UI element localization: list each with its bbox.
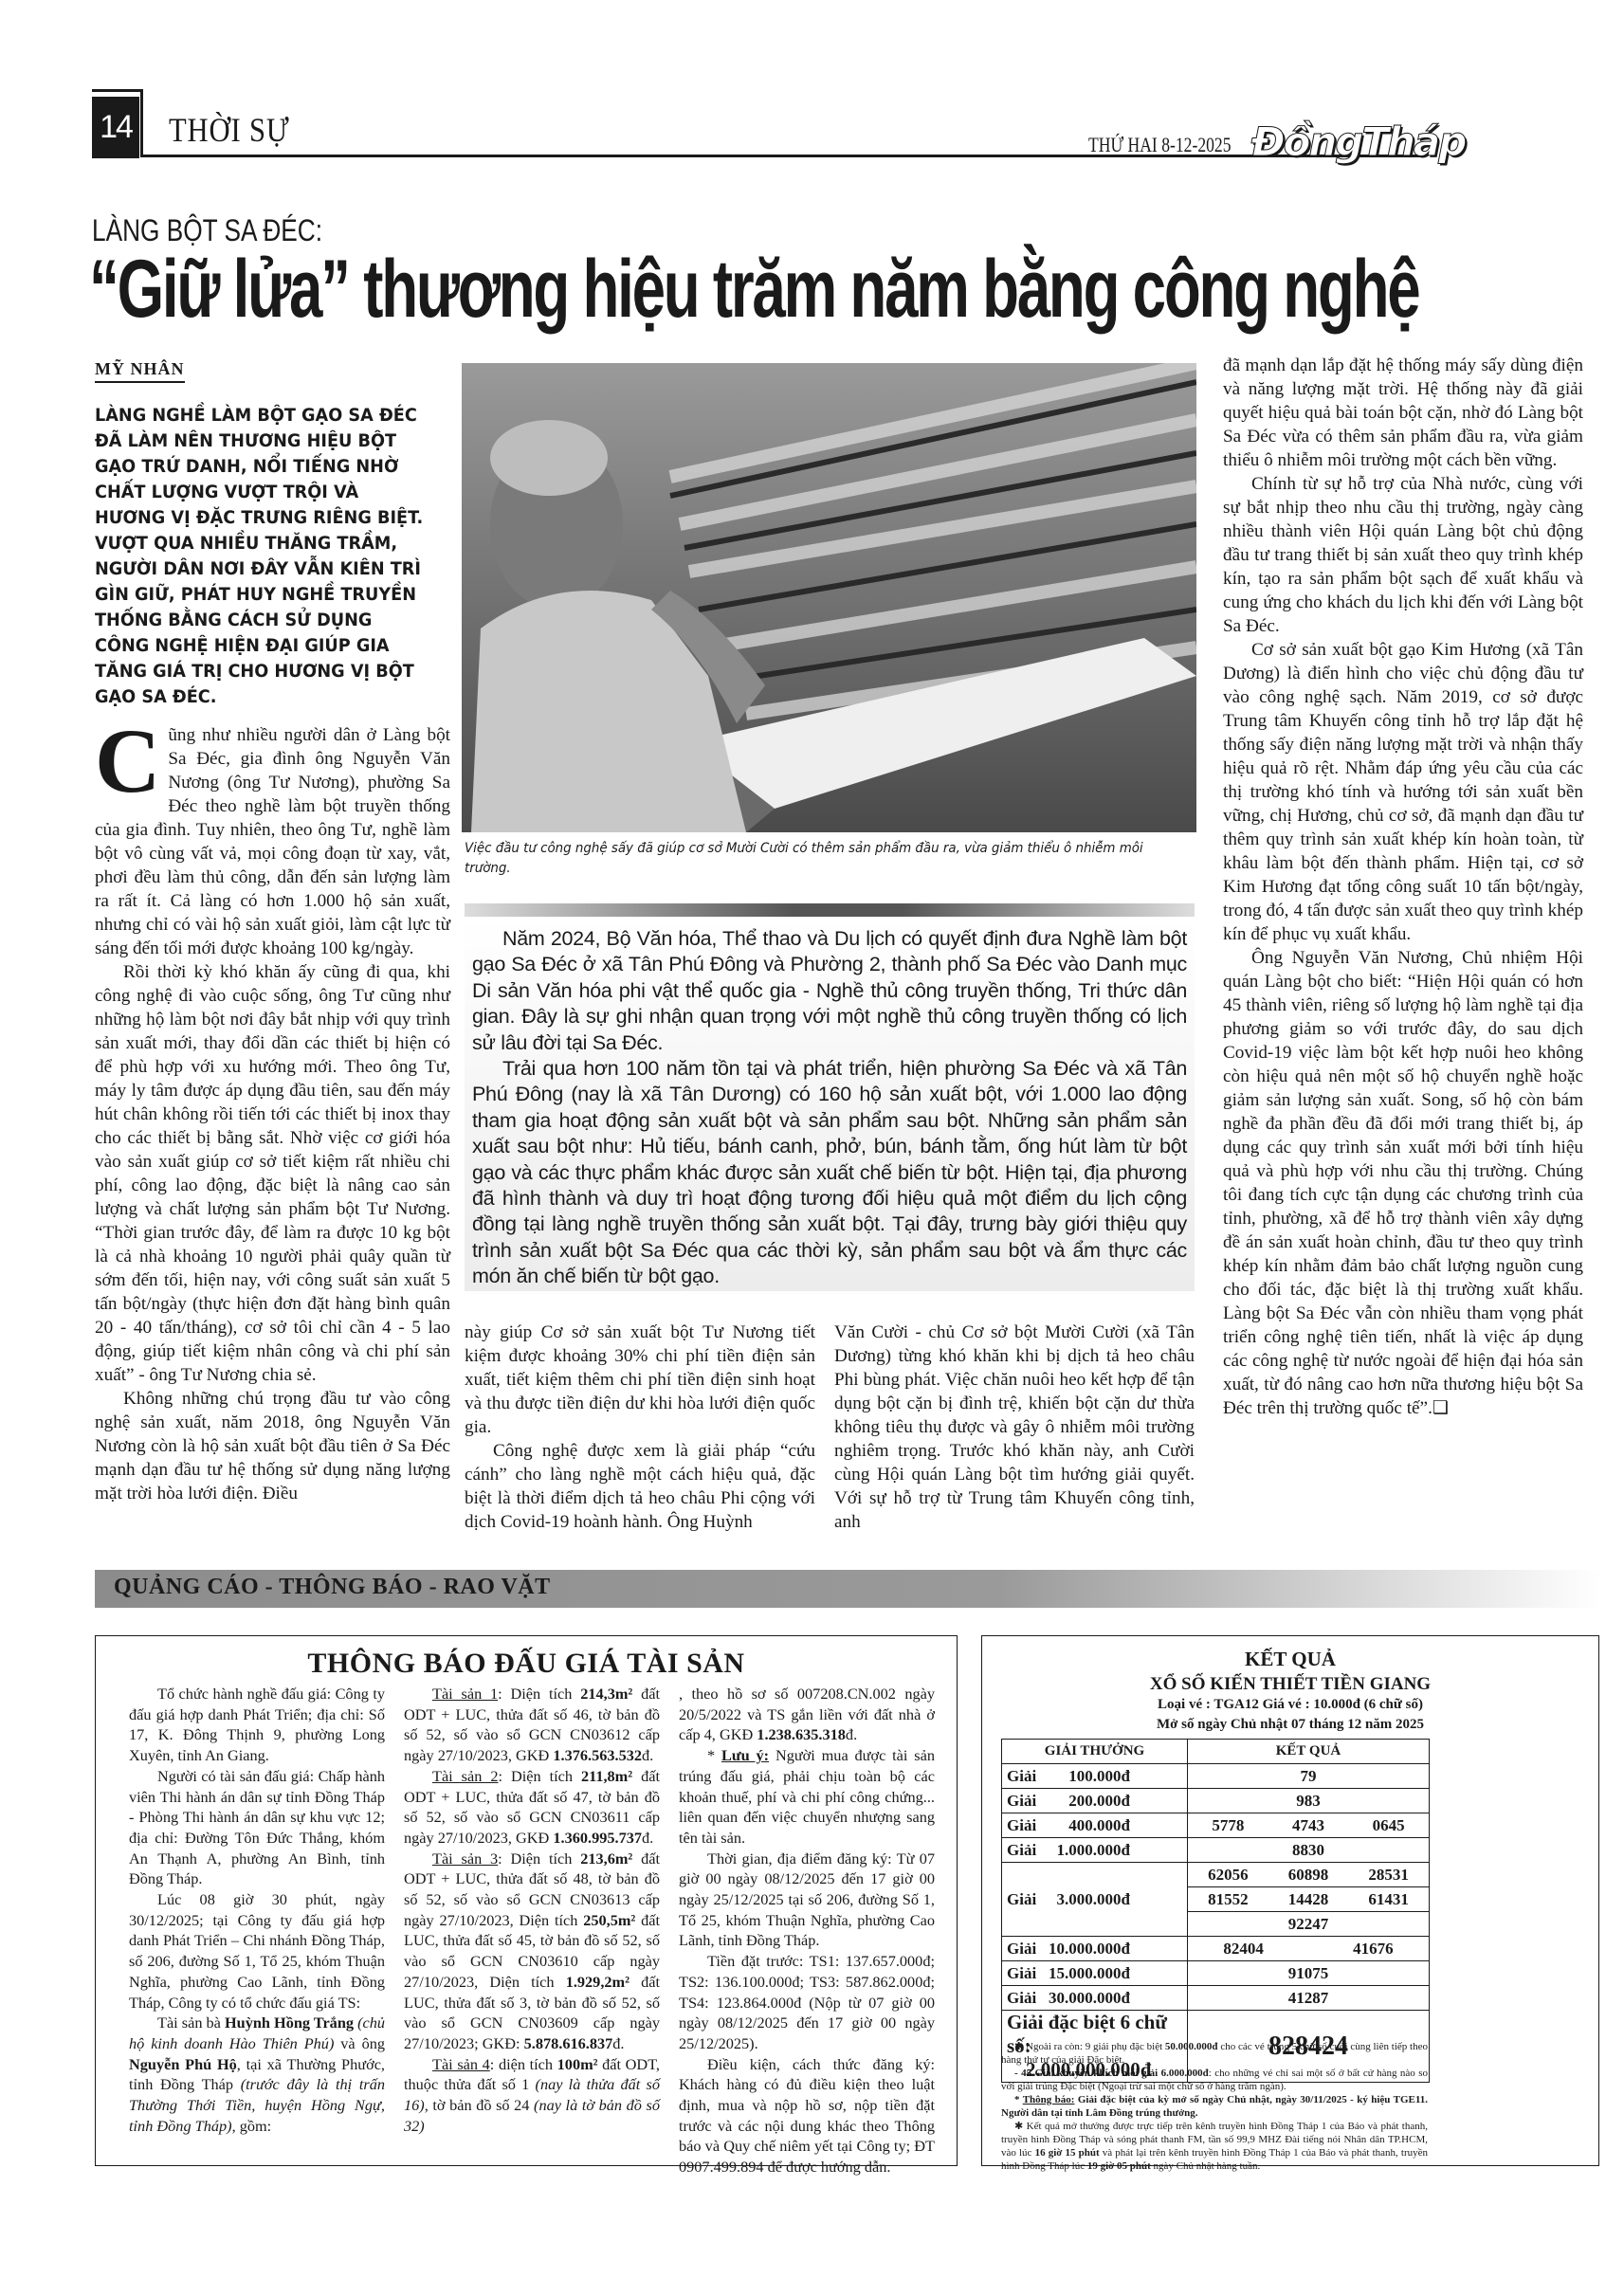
auction-notice: THÔNG BÁO ĐẤU GIÁ TÀI SẢN Tổ chức hành n… [95, 1635, 958, 2166]
paragraph: Văn Cười - chủ Cơ sở bột Mười Cười (xã T… [834, 1321, 1195, 1534]
paragraph: này giúp Cơ sở sản xuất bột Tư Nương tiế… [465, 1321, 815, 1439]
auction-owner: Người có tài sản đấu giá: Chấp hành viên… [129, 1766, 385, 1889]
lottery-results: KẾT QUẢ XỔ SỐ KIẾN THIẾT TIỀN GIANG Loại… [981, 1635, 1599, 2166]
paragraph: Ông Nguyễn Văn Nương, Chủ nhiệm Hội quán… [1223, 946, 1583, 1420]
paragraph: Công nghệ được xem là giải pháp “cứu cán… [465, 1439, 815, 1534]
section-name: THỜI SỰ [169, 110, 289, 150]
dropcap: C [95, 725, 160, 797]
lottery-row: Giải10.000.000đ 82404 41676 [1002, 1937, 1430, 1961]
lottery-ticket-info: Loại vé : TGA12 Giá vé : 10.000đ (6 chữ … [982, 1697, 1598, 1713]
asset-4: Tài sản 4: diện tích 100m² đất ODT, thuộ… [404, 2054, 660, 2137]
header-rule-top [92, 89, 141, 92]
lottery-row: Giải1.000.000đ 8830 [1002, 1838, 1430, 1863]
asset-1: Tài sản 1: Diện tích 214,3m² đất ODT + L… [404, 1684, 660, 1766]
auction-conditions: Điều kiện, cách thức đăng ký: Khách hàng… [679, 2054, 935, 2178]
auction-column-2: Tài sản 1: Diện tích 214,3m² đất ODT + L… [404, 1684, 660, 2136]
byline: MỸ NHÂN [95, 359, 185, 383]
header-rule-side [140, 89, 143, 157]
paragraph: Chính từ sự hỗ trợ của Nhà nước, cùng vớ… [1223, 472, 1583, 638]
paragraph: Cơ sở sản xuất bột gạo Kim Hương (xã Tân… [1223, 638, 1583, 946]
ads-section-label: QUẢNG CÁO - THÔNG BÁO - RAO VẶT [114, 1575, 551, 1600]
auction-time-place: Lúc 08 giờ 30 phút, ngày 30/12/2025; tại… [129, 1889, 385, 2013]
paragraph: Rồi thời kỳ khó khăn ấy cũng đi qua, khi… [95, 960, 450, 1387]
asset-4-continued: , theo hồ sơ số 007208.CN.002 ngày 20/5/… [679, 1684, 935, 1745]
lottery-notes: ✱ Ngoài ra còn: 9 giải phụ đặc biệt 50.0… [1001, 2040, 1428, 2173]
lottery-row: Giải400.000đ 5778 4743 0645 [1002, 1813, 1430, 1838]
box-paragraph: Trải qua hơn 100 năm tồn tại và phát tri… [472, 1056, 1187, 1290]
lottery-row: Giải200.000đ 983 [1002, 1789, 1430, 1813]
lottery-row: Giải15.000.000đ 91075 [1002, 1961, 1430, 1986]
photo-caption: Việc đầu tư công nghệ sấy đã giúp cơ sở … [465, 839, 1143, 879]
auction-assets-owner: Tài sản bà Huỳnh Hồng Trắng (chủ hộ kinh… [129, 2013, 385, 2136]
box-gradient-bar [465, 903, 1195, 917]
asset-2: Tài sản 2: Diện tích 211,8m² đất ODT + L… [404, 1766, 660, 1849]
auction-deposit: Tiền đặt trước: TS1: 137.657.000đ; TS2: … [679, 1951, 935, 2054]
publication-logo: ĐồngTháp [1251, 118, 1465, 165]
paragraph: đã mạnh dạn lắp đặt hệ thống máy sấy dùn… [1223, 354, 1583, 472]
lottery-row: Giải3.000.000đ 62056 60898 28531 [1002, 1863, 1430, 1887]
lottery-header-row: GIẢI THƯỞNG KẾT QUẢ [1002, 1740, 1430, 1764]
article-column-3: Văn Cười - chủ Cơ sở bột Mười Cười (xã T… [834, 1321, 1195, 1534]
lottery-draw-date: Mở số ngày Chủ nhật 07 tháng 12 năm 2025 [982, 1717, 1598, 1733]
auction-registration: Thời gian, địa điểm đăng ký: Từ 07 giờ 0… [679, 1849, 935, 1952]
photo-worker-drying-racks [462, 363, 1196, 832]
auction-organizer: Tổ chức hành nghề đấu giá: Công ty đấu g… [129, 1684, 385, 1766]
article-column-2: này giúp Cơ sở sản xuất bột Tư Nương tiế… [465, 1321, 815, 1534]
paragraph: Cũng như nhiều người dân ở Làng bột Sa Đ… [95, 723, 450, 960]
issue-date: THỨ HAI 8-12-2025 [1088, 133, 1232, 157]
lottery-row: Giải100.000đ 79 [1002, 1764, 1430, 1789]
heritage-box: Năm 2024, Bộ Văn hóa, Thể thao và Du lịc… [465, 917, 1195, 1291]
auction-column-1: Tổ chức hành nghề đấu giá: Công ty đấu g… [129, 1684, 385, 2136]
article-sapo: LÀNG NGHỀ LÀM BỘT GẠO SA ĐÉC ĐÃ LÀM NÊN … [95, 403, 429, 710]
lottery-table: GIẢI THƯỞNG KẾT QUẢ Giải100.000đ 79 Giải… [1001, 1739, 1430, 2083]
article-photo [462, 363, 1196, 832]
box-paragraph: Năm 2024, Bộ Văn hóa, Thể thao và Du lịc… [472, 926, 1187, 1056]
auction-note: * Lưu ý: Người mua được tài sản trúng đấ… [679, 1745, 935, 1849]
page-number: 14 [92, 97, 139, 158]
lottery-subtitle: XỔ SỐ KIẾN THIẾT TIỀN GIANG [982, 1674, 1598, 1695]
auction-title: THÔNG BÁO ĐẤU GIÁ TÀI SẢN [96, 1648, 957, 1680]
auction-column-3: , theo hồ sơ số 007208.CN.002 ngày 20/5/… [679, 1684, 935, 2178]
lottery-row: Giải30.000.000đ 41287 [1002, 1986, 1430, 2011]
lottery-title: KẾT QUẢ [982, 1648, 1598, 1671]
asset-3: Tài sản 3: Diện tích 213,6m² đất ODT + L… [404, 1849, 660, 2054]
article-headline: “Giữ lửa” thương hiệu trăm năm bằng công… [89, 245, 1418, 335]
paragraph: Không những chú trọng đầu tư vào công ng… [95, 1387, 450, 1505]
article-column-1: Cũng như nhiều người dân ở Làng bột Sa Đ… [95, 723, 450, 1505]
article-column-4: đã mạnh dạn lắp đặt hệ thống máy sấy dùn… [1223, 354, 1583, 1420]
